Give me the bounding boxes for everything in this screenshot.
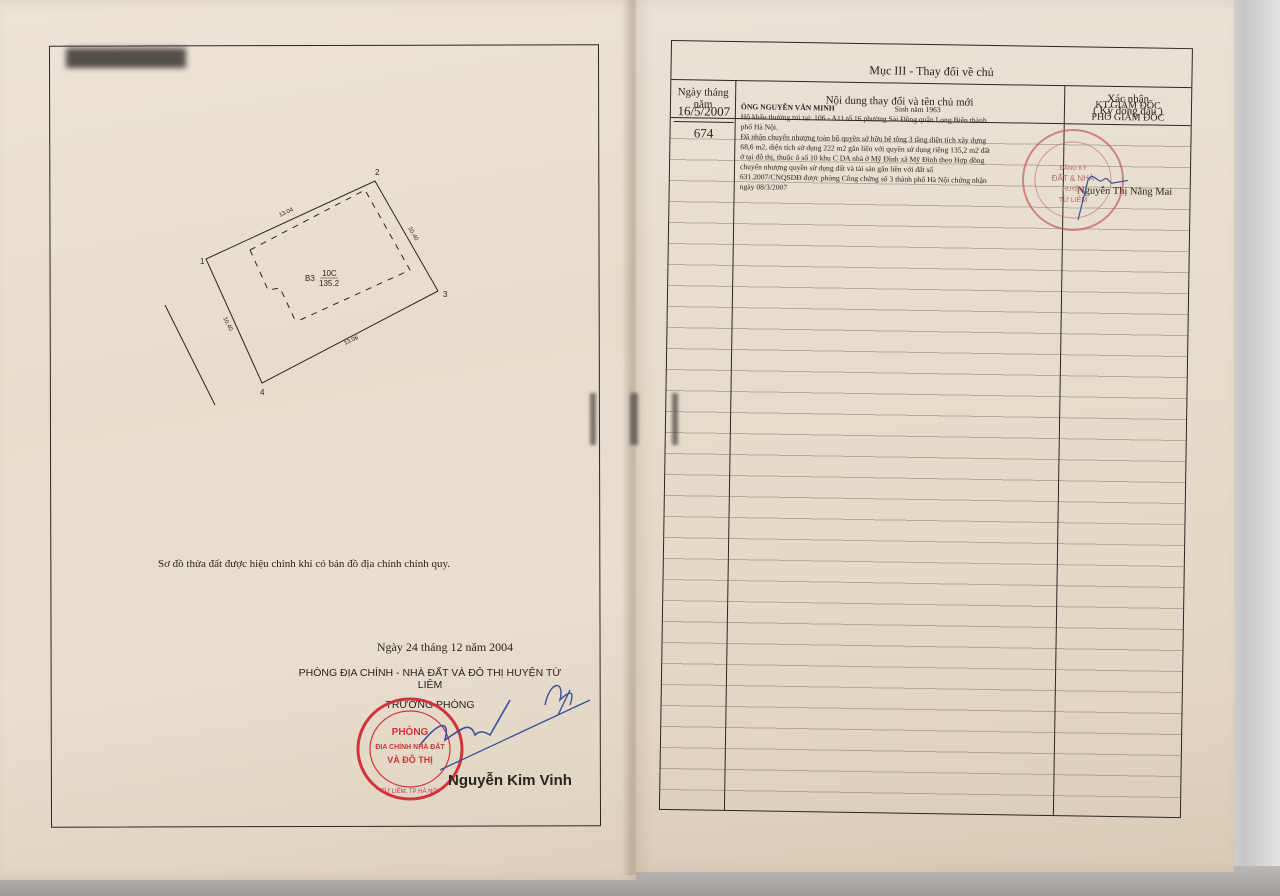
confirm-title-2: PHÓ GIÁM ĐỐC xyxy=(1065,111,1191,125)
vertex-4: 4 xyxy=(260,388,265,397)
ruled-lines xyxy=(660,118,735,810)
vertex-3: 3 xyxy=(443,290,448,299)
vertex-2: 2 xyxy=(375,168,380,177)
entry-number: 674 xyxy=(673,125,733,142)
sign-date: Ngày 24 tháng 12 năm 2004 xyxy=(320,640,570,655)
edge-right: 10.40 xyxy=(406,226,419,243)
svg-text:HUYỆN: HUYỆN xyxy=(1062,185,1083,193)
svg-text:ĐẤT & NHÀ: ĐẤT & NHÀ xyxy=(1052,173,1095,183)
plot-block: B3 xyxy=(305,274,315,283)
new-owner-name: ÔNG NGUYỄN VĂN MINH xyxy=(741,102,835,112)
edge-left: 10.40 xyxy=(221,316,233,333)
svg-text:ĐĂNG KÝ: ĐĂNG KÝ xyxy=(1059,165,1086,172)
confirmation-titles: KT.GIÁM ĐỐC PHÓ GIÁM ĐỐC xyxy=(1065,99,1191,125)
entry-content: ÔNG NGUYỄN VĂN MINHSinh năm 1963 Hộ khẩu… xyxy=(740,102,1059,197)
redacted-header xyxy=(66,48,186,68)
plot-area: 135.2 xyxy=(319,279,340,288)
signature-icon xyxy=(400,660,610,780)
entry-date-cell: 16/5/2007 674 xyxy=(673,103,734,142)
plot-lot-number: 10C xyxy=(322,269,337,278)
ruled-lines xyxy=(724,119,1064,815)
birth-year: Sinh năm 1963 xyxy=(895,105,941,115)
edge-bottom: 13.06 xyxy=(343,335,360,347)
land-plot-diagram: 1 2 3 4 13.04 10.40 13.06 10.40 B3 10C 1… xyxy=(150,150,470,430)
svg-text:TỪ LIÊM, TP HÀ NỘI: TỪ LIÊM, TP HÀ NỘI xyxy=(381,787,439,795)
entry-date: 16/5/2007 xyxy=(674,103,734,123)
redacted-watermark xyxy=(588,393,738,445)
plot-note: Sơ đồ thửa đất được hiệu chỉnh khi có bả… xyxy=(158,558,450,570)
signer-name: Nguyễn Kim Vinh xyxy=(448,772,572,789)
vertex-1: 1 xyxy=(200,257,205,266)
edge-top: 13.04 xyxy=(278,207,295,219)
left-page: 1 2 3 4 13.04 10.40 13.06 10.40 B3 10C 1… xyxy=(0,0,636,880)
red-stamp-icon: ĐĂNG KÝ ĐẤT & NHÀ HUYỆN TỪ LIÊM xyxy=(1018,125,1128,235)
